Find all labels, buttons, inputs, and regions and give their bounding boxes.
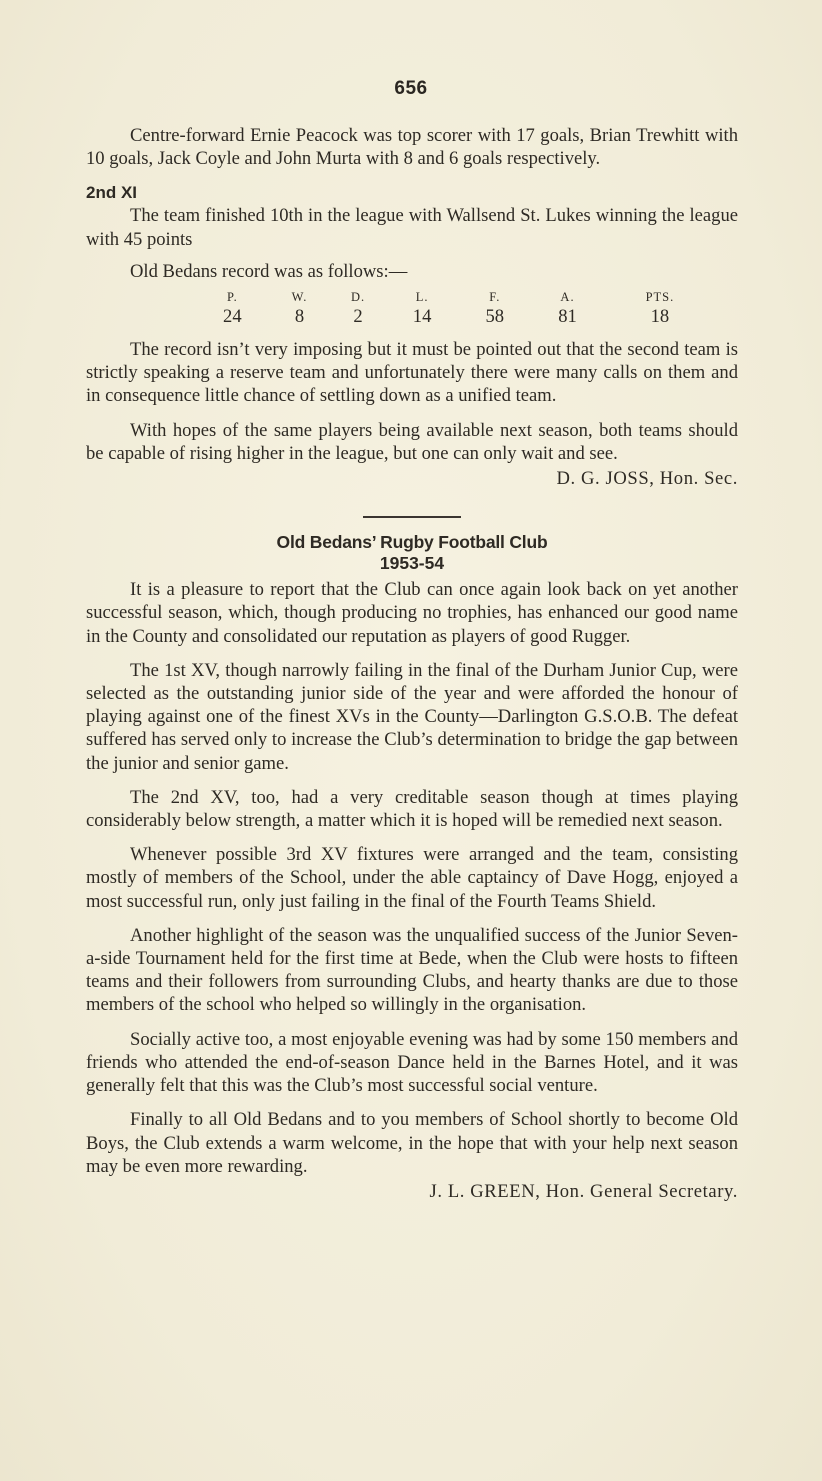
document-page: 656 Centre-forward Ernie Peacock was top… — [0, 0, 822, 1481]
record-value-drawn: 2 — [330, 305, 385, 329]
football-intro-paragraph: Centre-forward Ernie Peacock was top sco… — [86, 124, 738, 170]
record-value-for: 58 — [458, 305, 531, 329]
rugby-paragraph-3: The 2nd XV, too, had a very creditable s… — [86, 786, 738, 832]
record-header-row: P. W. D. L. F. A. PTS. — [196, 289, 716, 305]
record-value-won: 8 — [269, 305, 331, 329]
record-values-row: 24 8 2 14 58 81 18 — [196, 305, 716, 329]
record-intro: Old Bedans record was as follows:— — [86, 260, 738, 283]
rugby-paragraph-7: Finally to all Old Bedans and to you mem… — [86, 1108, 738, 1178]
second-xi-heading: 2nd XI — [86, 182, 738, 204]
second-xi-paragraph-2: The record isn’t very imposing but it mu… — [86, 338, 738, 408]
record-table: P. W. D. L. F. A. PTS. 24 8 2 14 58 81 — [196, 289, 716, 329]
record-header-for: F. — [458, 289, 531, 305]
football-signature: D. G. JOSS, Hon. Sec. — [86, 467, 738, 490]
rugby-season-years: 1953-54 — [86, 553, 738, 574]
record-header-won: W. — [269, 289, 331, 305]
record-value-points: 18 — [604, 305, 716, 329]
rugby-club-title: Old Bedans’ Rugby Football Club — [86, 532, 738, 553]
rugby-signature: J. L. GREEN, Hon. General Secretary. — [86, 1180, 738, 1203]
record-header-played: P. — [196, 289, 269, 305]
record-header-drawn: D. — [330, 289, 385, 305]
record-header-points: PTS. — [604, 289, 716, 305]
record-value-lost: 14 — [386, 305, 459, 329]
rugby-paragraph-5: Another highlight of the season was the … — [86, 924, 738, 1017]
rugby-paragraph-2: The 1st XV, though narrowly failing in t… — [86, 659, 738, 775]
record-value-against: 81 — [531, 305, 604, 329]
record-value-played: 24 — [196, 305, 269, 329]
rugby-paragraph-4: Whenever possible 3rd XV fixtures were a… — [86, 843, 738, 913]
text-column: Centre-forward Ernie Peacock was top sco… — [86, 124, 738, 1203]
rugby-paragraph-6: Socially active too, a most enjoyable ev… — [86, 1028, 738, 1098]
record-header-lost: L. — [386, 289, 459, 305]
record-header-against: A. — [531, 289, 604, 305]
second-xi-paragraph-3: With hopes of the same players being ava… — [86, 419, 738, 465]
page-number: 656 — [0, 78, 822, 100]
second-xi-paragraph-1: The team finished 10th in the league wit… — [86, 204, 738, 250]
section-divider — [363, 516, 461, 518]
rugby-paragraph-1: It is a pleasure to report that the Club… — [86, 578, 738, 648]
